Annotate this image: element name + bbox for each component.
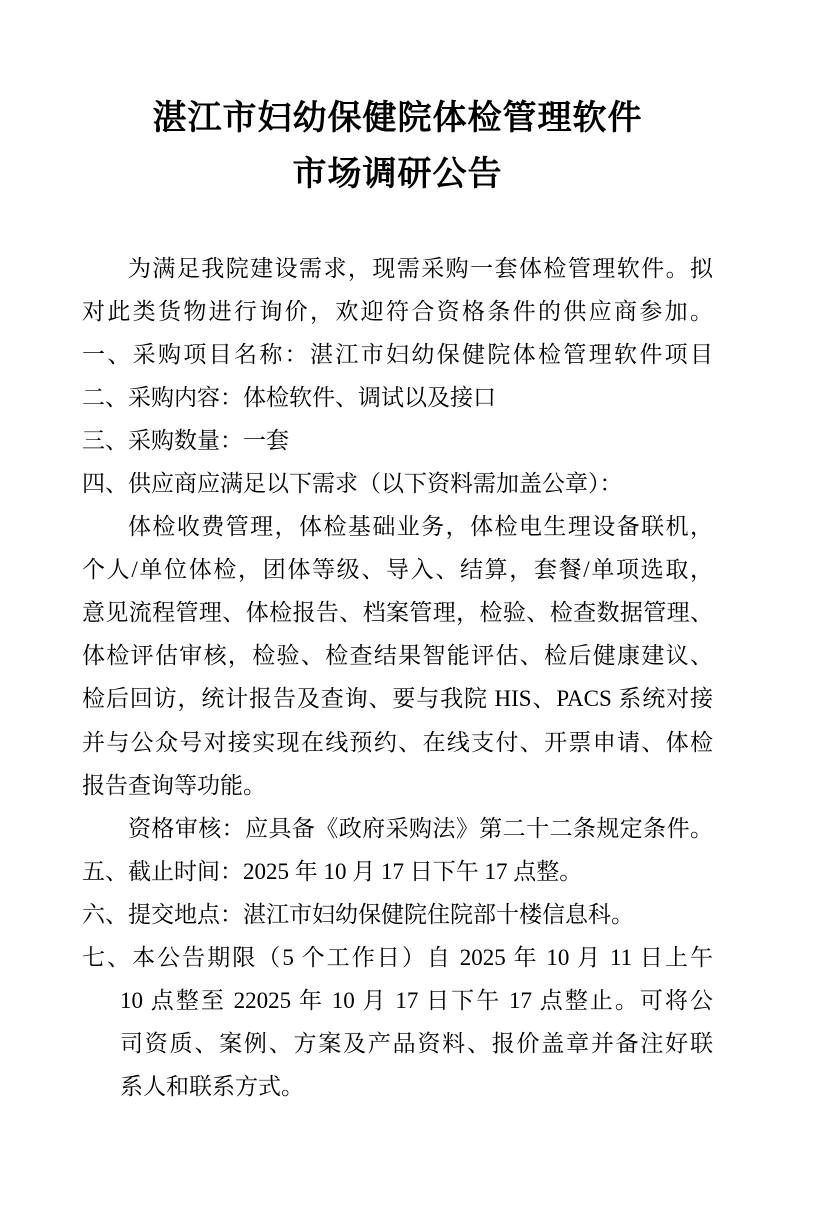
doc-line: 资格审核：应具备《政府采购法》第二十二条规定条件。 [82,807,713,850]
doc-line: 意见流程管理、体检报告、档案管理，检验、检查数据管理、 [82,591,713,634]
doc-line: 对此类货物进行询价，欢迎符合资格条件的供应商参加。 [82,290,713,333]
doc-line: 二、采购内容：体检软件、调试以及接口 [82,376,713,419]
doc-line: 系人和联系方式。 [120,1065,713,1108]
document-page: 湛江市妇幼保健院体检管理软件 市场调研公告 为满足我院建设需求，现需采购一套体检… [0,0,817,1210]
doc-line: 一、采购项目名称：湛江市妇幼保健院体检管理软件项目 [82,333,713,376]
doc-line: 三、采购数量：一套 [82,419,713,462]
doc-line: 并与公众号对接实现在线预约、在线支付、开票申请、体检 [82,721,713,764]
doc-line: 体检评估审核，检验、检查结果智能评估、检后健康建议、 [82,634,713,677]
doc-line: 四、供应商应满足以下需求（以下资料需加盖公章）： [82,462,713,505]
doc-line: 个人/单位体检，团体等级、导入、结算，套餐/单项选取， [82,548,713,591]
doc-line: 报告查询等功能。 [82,764,713,807]
document-title-line1: 湛江市妇幼保健院体检管理软件 [82,90,713,146]
doc-line: 六、提交地点：湛江市妇幼保健院住院部十楼信息科。 [82,893,713,936]
doc-line: 体检收费管理，体检基础业务，体检电生理设备联机， [82,505,713,548]
doc-line: 为满足我院建设需求，现需采购一套体检管理软件。拟 [82,247,713,290]
doc-line: 七、本公告期限（5 个工作日）自 2025 年 10 月 11 日上午 [82,936,713,979]
doc-line: 检后回访，统计报告及查询、要与我院 HIS、PACS 系统对接 [82,677,713,720]
document-body: 为满足我院建设需求，现需采购一套体检管理软件。拟 对此类货物进行询价，欢迎符合资… [82,247,713,1108]
doc-line: 10 点整至 22025 年 10 月 17 日下午 17 点整止。可将公 [120,979,713,1022]
doc-line: 司资质、案例、方案及产品资料、报价盖章并备注好联 [120,1022,713,1065]
document-title: 湛江市妇幼保健院体检管理软件 市场调研公告 [82,90,713,202]
document-title-line2: 市场调研公告 [82,146,713,202]
doc-line: 五、截止时间：2025 年 10 月 17 日下午 17 点整。 [82,850,713,893]
